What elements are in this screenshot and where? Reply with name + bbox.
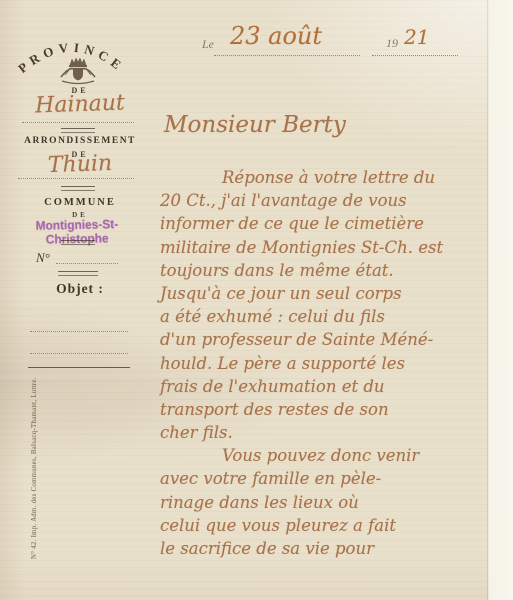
letter-line: militaire de Montignies St-Ch. est	[160, 238, 500, 261]
date-le-label: Le	[202, 37, 214, 52]
letter-line: avec votre famille en pèle-	[160, 469, 500, 492]
letter-line: Jusqu'à ce jour un seul corps	[160, 284, 500, 307]
province-value-handwritten: Hainaut	[6, 89, 155, 119]
salutation: Monsieur Berty	[164, 112, 346, 138]
letter-line: hould. Le père a supporté les	[160, 354, 500, 377]
objet-label: Objet :	[6, 281, 154, 297]
date-handwritten: 23 août	[230, 22, 322, 50]
objet-blank-line-2	[30, 352, 128, 354]
numero-label: N°	[36, 250, 50, 266]
letter-line: a été exhumé : celui du fils	[160, 307, 500, 330]
year-handwritten: 21	[404, 25, 429, 49]
letter-line: toujours dans le même état.	[160, 261, 500, 284]
divider-2	[61, 186, 95, 191]
letter-line: frais de l'exhumation et du	[160, 377, 500, 400]
commune-label: COMMUNE	[6, 197, 154, 208]
letter-body: Réponse à votre lettre du 20 Ct., j'ai l…	[160, 168, 500, 562]
arrondissement-value-handwritten: Thuin	[6, 149, 155, 179]
letter-line: celui que vous pleurez a fait	[160, 516, 500, 539]
scanned-letter-page: PROVINCE DE Hainaut ARRONDISSEMENT DE Th…	[0, 0, 513, 600]
letter-line: rinage dans les lieux où	[160, 493, 500, 516]
arrondissement-label: ARRONDISSEMENT	[6, 136, 154, 146]
letter-line: 20 Ct., j'ai l'avantage de vous	[160, 191, 500, 214]
letter-line: le sacrifice de sa vie pour	[160, 539, 500, 562]
date-rule-1	[214, 54, 360, 56]
letter-line: informer de ce que le cimetière	[160, 214, 500, 237]
objet-blank-line-3	[28, 366, 130, 368]
coat-of-arms-icon	[55, 55, 101, 89]
paper-fold-crease	[0, 378, 165, 381]
objet-blank-line-1	[30, 330, 128, 332]
divider-3	[61, 240, 95, 245]
numero-blank-line	[56, 262, 118, 264]
rule-under-arrondissement	[18, 177, 134, 179]
letter-line: d'un professeur de Sainte Méné-	[160, 330, 500, 353]
letter-line: transport des restes de son	[160, 400, 500, 423]
letter-line: Réponse à votre lettre du	[160, 168, 500, 191]
letter-line: Vous pouvez donc venir	[160, 446, 500, 469]
year-printed: 19	[386, 36, 398, 51]
rule-under-province	[22, 121, 134, 123]
printer-credit: N° 42. Imp. Adm. des Communes, Balsacq-T…	[31, 385, 43, 559]
divider-1	[61, 128, 95, 133]
divider-4	[58, 271, 98, 276]
letter-line: cher fils.	[160, 423, 500, 446]
date-rule-2	[372, 54, 458, 56]
